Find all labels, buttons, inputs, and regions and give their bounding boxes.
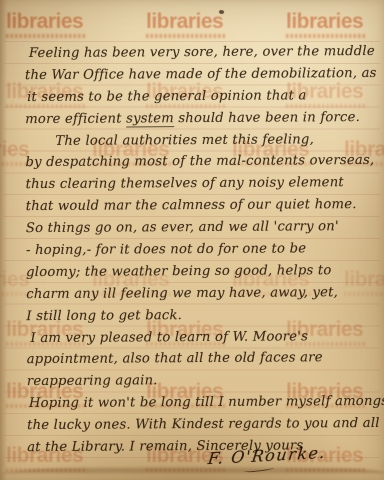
watermark-libraries: libraries	[286, 12, 382, 38]
ink-speck	[218, 9, 224, 15]
letter-line: The local authorities met this feeling,	[25, 128, 375, 152]
letter-line: that would mar the calmness of our quiet…	[26, 194, 376, 218]
letter-line: I still long to get back.	[26, 304, 376, 328]
watermark-text: libraries	[146, 12, 242, 32]
watermark-url-line	[286, 34, 366, 38]
watermark-libraries: libraries	[6, 12, 102, 38]
letter-line: So things go on, as ever, and we all 'ca…	[26, 216, 376, 240]
watermark-url-line	[286, 468, 366, 472]
letter-line: it seems to be the general opinion that …	[25, 85, 375, 109]
watermark-url-line	[6, 468, 86, 472]
underlined-word: system	[126, 111, 174, 127]
watermark-url-line	[146, 34, 226, 38]
letter-line: Hoping it won't be long till I number my…	[27, 391, 377, 415]
watermark-url-line	[146, 468, 226, 472]
letter-line: - hoping,- for it does not do for one to…	[26, 238, 376, 262]
watermark-libraries: libraries	[146, 12, 242, 38]
letter-line: gloomy; the weather being so good, helps…	[26, 260, 376, 284]
letter-lines: Feeling has been very sore, here, over t…	[25, 41, 378, 459]
letter-page: librarieslibrarieslibrarieslibrarieslibr…	[0, 0, 384, 480]
letter-line: by despatching most of the mal-contents …	[25, 150, 375, 174]
paper-bottom-edge	[0, 466, 384, 474]
letter-line: thus clearing themselves of any noisy el…	[26, 172, 376, 196]
watermark-text: libraries	[286, 12, 382, 32]
letter-line: appointment, also that all the old faces…	[27, 347, 377, 371]
letter-line: Feeling has been very sore, here, over t…	[25, 41, 375, 65]
watermark-url-line	[6, 34, 86, 38]
letter-line: more efficient system should have been i…	[25, 107, 375, 131]
letter-line: charm any ill feeling we may have, away,…	[26, 282, 376, 306]
letter-line: the War Office have made of the demobili…	[25, 63, 375, 87]
letter-line: reappearing again.	[27, 369, 377, 393]
letter-line: I am very pleased to learn of W. Moore's	[26, 326, 376, 350]
letter-line: the lucky ones. With Kindest regards to …	[27, 413, 377, 437]
watermark-text: libraries	[6, 12, 102, 32]
paper-left-edge	[0, 0, 7, 480]
